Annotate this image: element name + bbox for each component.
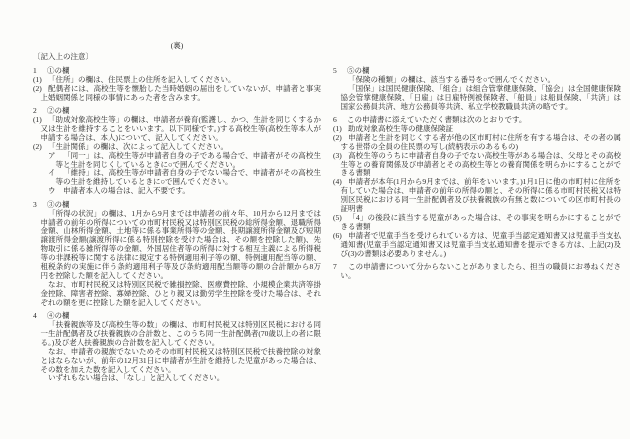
- section-4: 4④の欄 「扶養親族等及び高校生等の数」の欄は、市町村民税又は特別区民税における…: [33, 312, 321, 383]
- section-7-text: 7この申請書について分からないことがありましたら、担当の職員にお尋ねください。: [333, 263, 621, 281]
- notes-heading: 〔記入上の注意〕: [33, 52, 93, 61]
- item-label: (2): [33, 143, 48, 152]
- item-text: 「生計関係」の欄は、次によって記入してください。: [48, 142, 228, 151]
- item-text: 助成対象高校生等の健康保険証: [348, 124, 453, 133]
- list-item: (5)「4」の後段に該当する児童があった場合は、その事実を明らかにすることができ…: [333, 214, 621, 232]
- section-6: 6この申請書に添えていただく書類は次のとおりです。 (1)助成対象高校生等の健康…: [333, 116, 621, 259]
- paragraph: いずれもない場合は、「なし」と記入してください。: [41, 374, 322, 383]
- section-number: 5: [333, 67, 347, 76]
- page-side-label: (裏): [0, 41, 354, 50]
- section-3: 3③の欄 「所得の状況」の欄は、1月から9月までは申請者の前々年、10月から12…: [33, 201, 321, 308]
- item-text: 高校生等のうちに申請者自身の子でない高校生等がある場合は、父母とその高校生等との…: [341, 151, 622, 178]
- list-subitem: ア「同一」は、高校生等が申請者自身の子である場合で、申請者がその高校生等と生計を…: [48, 152, 321, 170]
- section-number: 3: [33, 201, 47, 210]
- list-subitem: ウ申請者本人の場合は、記入不要です。: [48, 187, 321, 196]
- item-text: 配偶者には、高校生等を懐胎した当時婚姻の届出をしていないが、申請者と事実上婚姻関…: [41, 84, 322, 102]
- item-text: 申請者本人の場合は、記入不要です。: [63, 186, 190, 195]
- section-title: ②の欄: [47, 106, 70, 115]
- paragraph: 「国保」は国民健康保険、「組合」は組合管掌健康保険、「協会」は全国健康保険協会管…: [341, 85, 622, 112]
- list-item: (4)申請者が本年(1月から9月までは、前年をいいます。)1月1日に他の市町村に…: [333, 178, 621, 214]
- list-item: (2)配偶者には、高校生等を懐胎した当時婚姻の届出をしていないが、申請者と事実上…: [33, 85, 321, 103]
- list-item: (3)高校生等のうちに申請者自身の子でない高校生等がある場合は、父母とその高校生…: [333, 152, 621, 179]
- section-2: 2②の欄 (1)「助成対象高校生等」の欄は、申請者が養育(監護し、かつ、生計を同…: [33, 107, 321, 196]
- column-left: 1①の欄 (1)「住所」の欄は、住民票上の住所を記入してください。 (2)配偶者…: [33, 67, 321, 388]
- paragraph: 「所得の状況」の欄は、1月から9月までは申請者の前々年、10月から12月までは申…: [41, 210, 322, 281]
- section-5: 5⑤の欄 「保険の種類」の欄は、該当する番号を○で囲んでください。 「国保」は国…: [333, 67, 621, 112]
- list-item: (1)「助成対象高校生等」の欄は、申請者が養育(監護し、かつ、生計を同じくするか…: [33, 116, 321, 143]
- paragraph: なお、市町村民税又は特別区民税で雑損控除、医療費控除、小規模企業共済等掛金控除、…: [41, 281, 322, 308]
- paragraph: なお、申請者の親族でないためその市町村民税又は特別区民税で扶養控除の対象とはなら…: [41, 348, 322, 375]
- section-title: ③の欄: [47, 200, 70, 209]
- item-text: 「助成対象高校生等」の欄は、申請者が養育(監護し、かつ、生計を同じくするか又は生…: [41, 115, 322, 142]
- item-text: 「4」の後段に該当する児童があった場合は、その事実を明らかにすることができる書類: [341, 213, 622, 231]
- section-1: 1①の欄 (1)「住所」の欄は、住民票上の住所を記入してください。 (2)配偶者…: [33, 67, 321, 103]
- list-item: (2)申請者と生計を同じくする者が他の区市町村に住所を有する場合は、その者の属す…: [333, 134, 621, 152]
- item-text: 「維持」は、高校生等が申請者自身の子でない場合で、申請者がその高校生等の生計を維…: [56, 168, 322, 186]
- section-7: 7この申請書について分からないことがありましたら、担当の職員にお尋ねください。: [333, 263, 621, 281]
- item-label: ウ: [48, 187, 63, 196]
- section-number: 4: [33, 312, 47, 321]
- item-text: この申請書について分からないことがありましたら、担当の職員にお尋ねください。: [341, 262, 622, 280]
- item-text: 申請者と生計を同じくする者が他の区市町村に住所を有する場合は、その者の属する世帯…: [341, 133, 622, 151]
- list-subitem: イ「維持」は、高校生等が申請者自身の子でない場合で、申請者がその高校生等の生計を…: [48, 169, 321, 187]
- item-text: 「同一」は、高校生等が申請者自身の子である場合で、申請者がその高校生等と生計を同…: [56, 151, 322, 169]
- paragraph: 「扶養親族等及び高校生等の数」の欄は、市町村民税又は特別区民税における同一生計配…: [41, 321, 322, 348]
- item-text: 申請者が本年(1月から9月までは、前年をいいます。)1月1日に他の市町村に住所を…: [341, 177, 622, 213]
- section-title: ⑤の欄: [347, 66, 370, 75]
- column-right: 5⑤の欄 「保険の種類」の欄は、該当する番号を○で囲んでください。 「国保」は国…: [333, 67, 621, 285]
- section-title: この申請書に添えていただく書類は次のとおりです。: [347, 115, 526, 124]
- item-text: 「住所」の欄は、住民票上の住所を記入してください。: [48, 75, 236, 84]
- item-text: 申請者で児童手当を受けられている方は、児童手当認定通知書又は児童手当支払通知書(…: [341, 231, 622, 258]
- section-title: ①の欄: [47, 66, 70, 75]
- section-title: ④の欄: [47, 311, 70, 320]
- list-item: (6)申請者で児童手当を受けられている方は、児童手当認定通知書又は児童手当支払通…: [333, 232, 621, 259]
- document-page: (裏) 〔記入上の注意〕 1①の欄 (1)「住所」の欄は、住民票上の住所を記入し…: [0, 0, 630, 439]
